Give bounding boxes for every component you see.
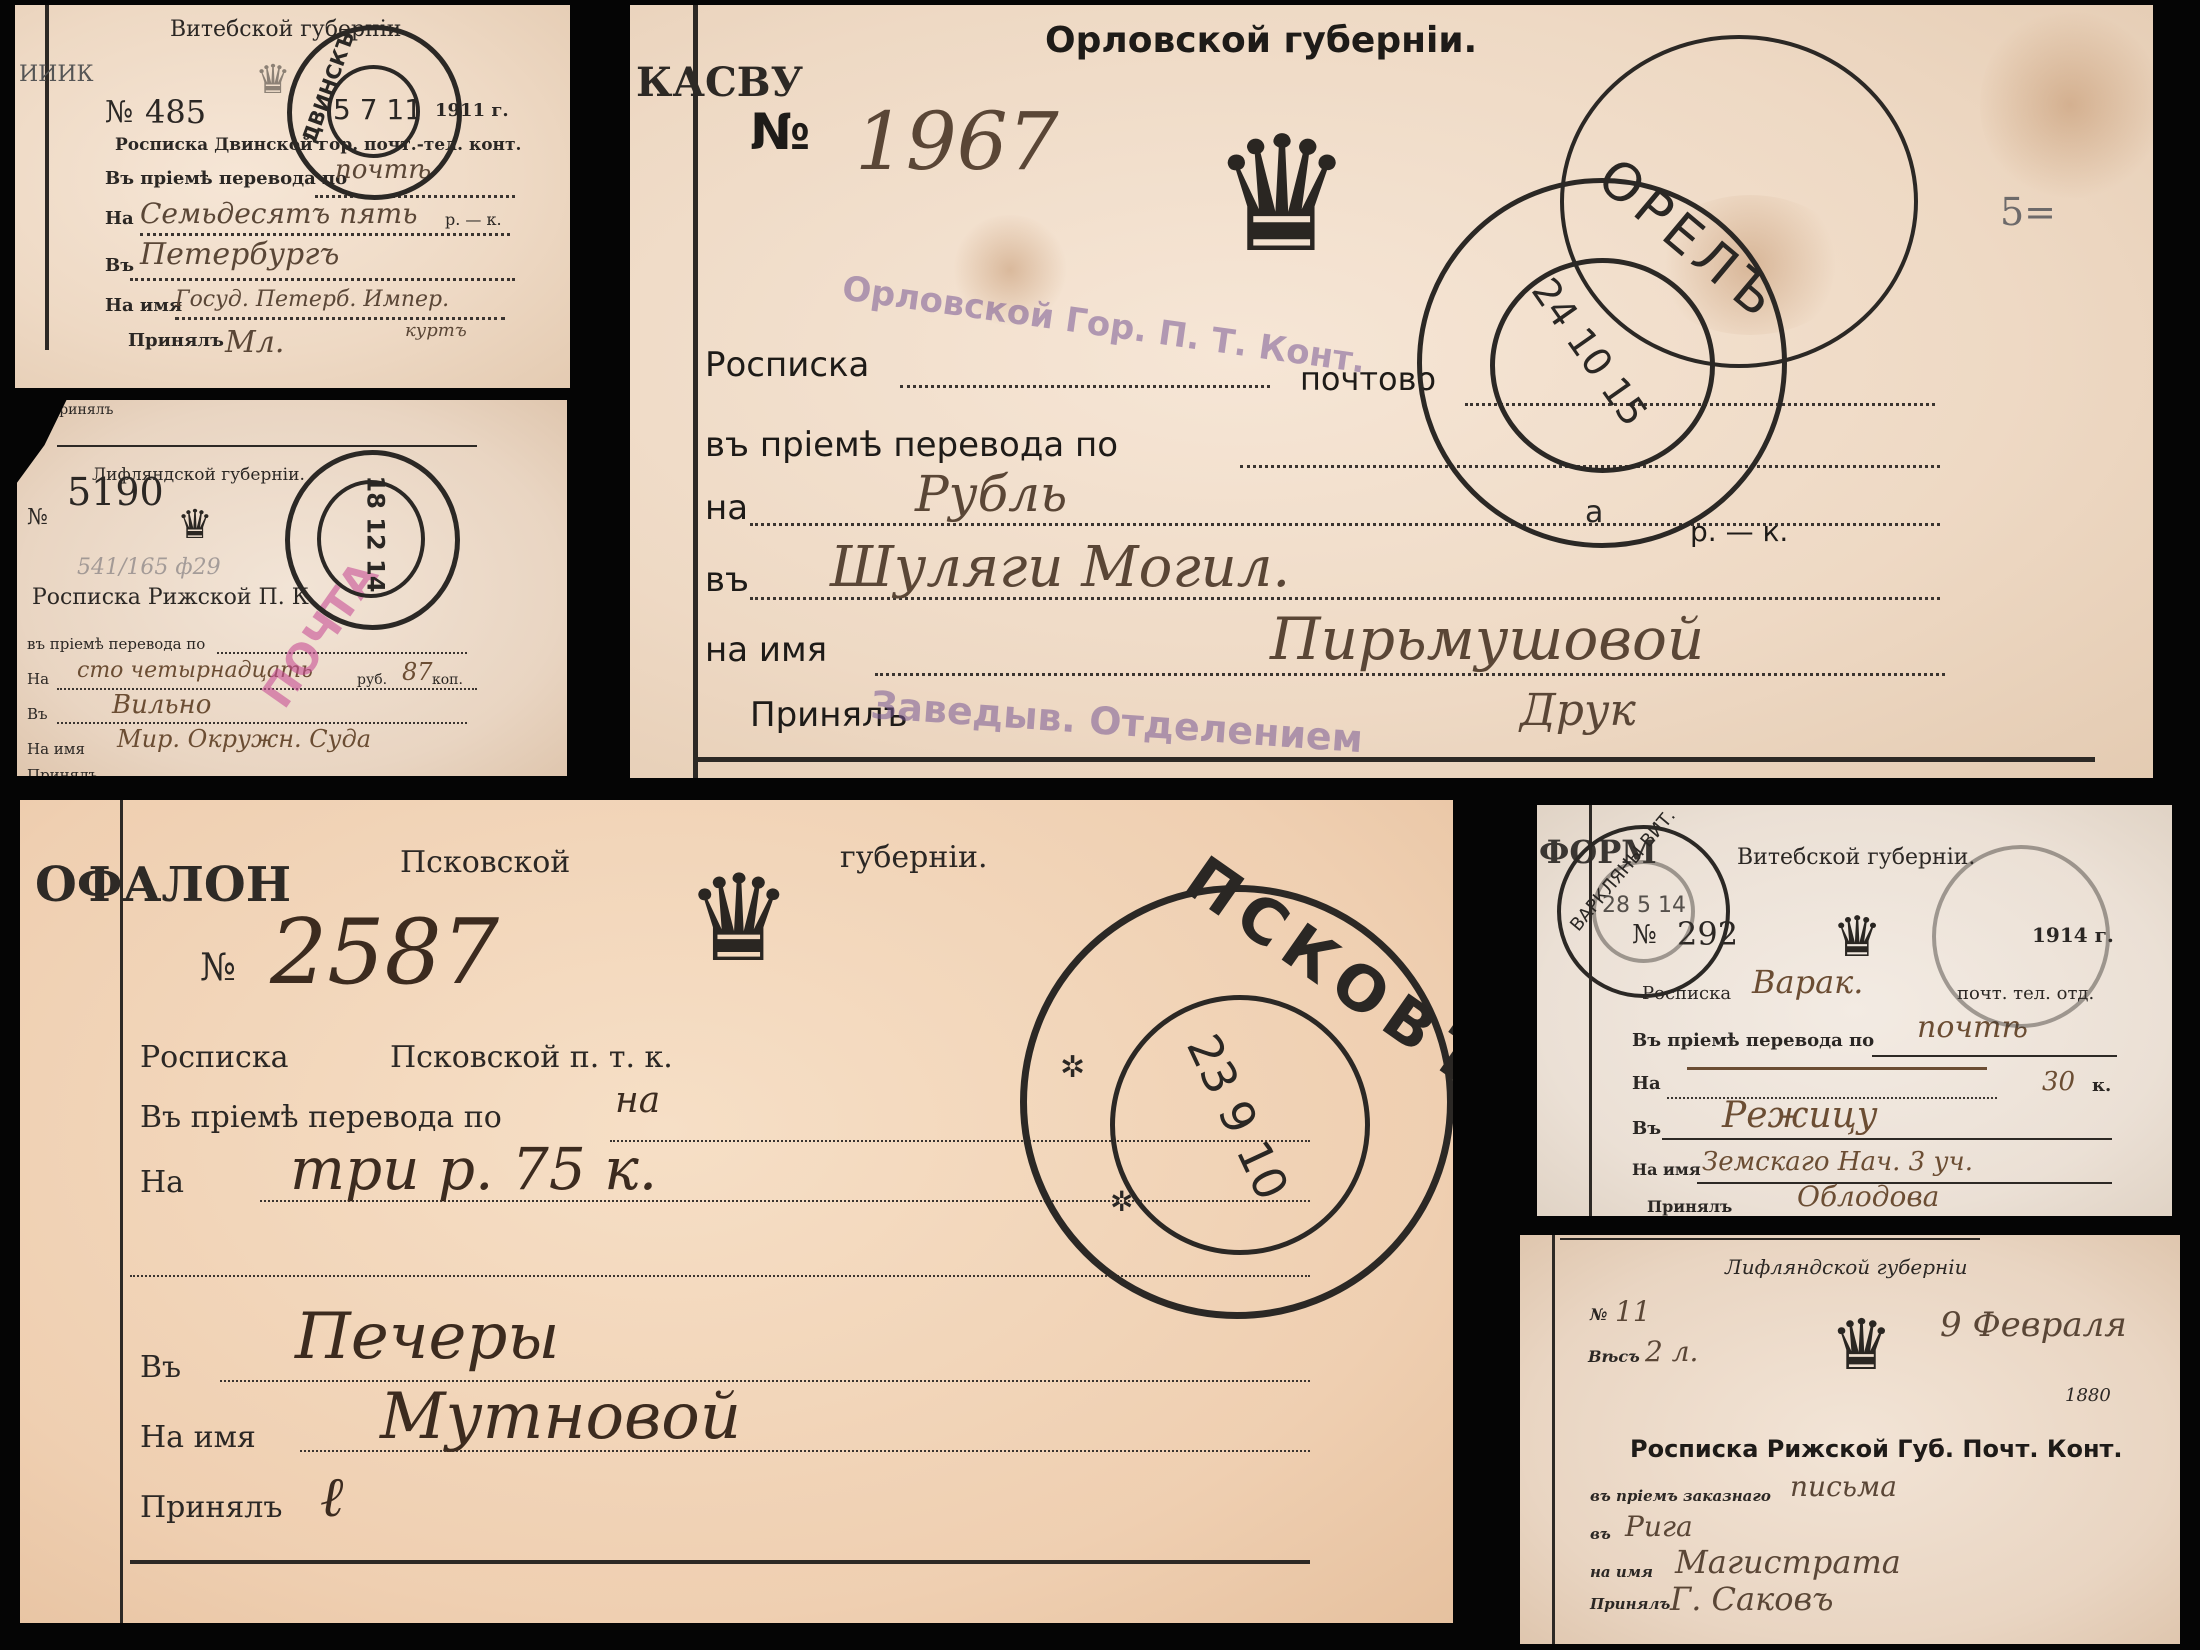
name-value: Пирьмушовой bbox=[1270, 605, 1704, 673]
accepted-signature: ℓ bbox=[320, 1465, 343, 1530]
star-ornament-icon: ✲ bbox=[1110, 1185, 1133, 1218]
postmark-series: а bbox=[1585, 495, 1603, 530]
province-left: Псковской bbox=[400, 845, 570, 880]
name-value: Земскаго Нач. 3 уч. bbox=[1702, 1147, 1973, 1177]
receipt-label: Росписка bbox=[140, 1040, 288, 1075]
accepted-label: Принялъ bbox=[128, 330, 224, 351]
weight-value: 2 л. bbox=[1645, 1335, 1698, 1368]
to-value: Шуляги Могил. bbox=[830, 535, 1290, 600]
to-label: въ bbox=[705, 560, 749, 600]
accepted-label: Принялъ bbox=[140, 1490, 282, 1525]
amount-units: р. — к. bbox=[1690, 515, 1788, 548]
receipt-number: 2587 bbox=[270, 900, 499, 1005]
amount-units: р. — к. bbox=[445, 210, 502, 229]
accepted-label: Принялъ bbox=[27, 766, 98, 776]
date-value: 9 Февраля bbox=[1940, 1305, 2127, 1345]
margin-rule bbox=[1552, 1235, 1555, 1644]
accepted-signature: Облодова bbox=[1797, 1180, 1939, 1213]
receipt-livland-5190: Принялъ Лифляндской губерніи. 5190 № ♛ 5… bbox=[17, 400, 567, 776]
to-value: Вильно bbox=[112, 690, 211, 720]
dotted-line bbox=[875, 673, 1945, 676]
weight-label: Вѣсъ bbox=[1588, 1347, 1640, 1366]
province-title: Витебской губерніи. bbox=[1737, 845, 1975, 870]
number-label: № bbox=[1590, 1305, 1607, 1324]
number-label: № bbox=[200, 945, 236, 989]
amount-label: На bbox=[1632, 1073, 1661, 1094]
postmark-date: 5 7 11 bbox=[333, 93, 422, 126]
eagle-emblem-icon: ♛ bbox=[255, 60, 291, 100]
amount-value: Семьдесятъ пять bbox=[140, 197, 417, 230]
bottom-rule bbox=[695, 757, 2095, 762]
field-rule bbox=[1662, 1138, 2112, 1140]
receipt-label: Росписка bbox=[705, 345, 869, 385]
receipt-office: Псковской п. т. к. bbox=[390, 1040, 673, 1075]
transfer-value: на bbox=[615, 1080, 660, 1121]
stain bbox=[1980, 5, 2153, 205]
strip-letters: КАСВУ bbox=[636, 25, 670, 140]
receipt-vitebsk-292: ФОРМ Витебской губерніи. № 292 ♛ 1914 г.… bbox=[1537, 805, 2172, 1216]
name-value: Мутновой bbox=[380, 1380, 741, 1454]
number-label: № bbox=[750, 103, 810, 161]
receipt-number: 11 bbox=[1615, 1295, 1651, 1328]
pencil-note: 541/165 ф29 bbox=[77, 555, 221, 580]
received-label: въ пріемъ заказнаго bbox=[1590, 1487, 1771, 1505]
name-value: Магистрата bbox=[1675, 1543, 1901, 1581]
purple-stamp-bottom: Заведыв. Отделением bbox=[869, 683, 1364, 761]
receipt-orel-1967: КАСВУ Орловской губерніи. № 1967 ♛ Орлов… bbox=[630, 5, 2153, 778]
amount-value: Рубль bbox=[915, 465, 1067, 523]
name-value: Госуд. Петерб. Импер. bbox=[175, 287, 449, 312]
province-title: Лифляндской губерніи bbox=[1725, 1255, 1967, 1279]
name-value-cont: куртъ bbox=[405, 320, 467, 341]
to-value: Режицу bbox=[1722, 1095, 1878, 1136]
dotted-line bbox=[217, 652, 467, 654]
to-value: Рига bbox=[1625, 1510, 1693, 1543]
transfer-label: въ пріемѣ перевода по bbox=[705, 425, 1118, 465]
accepted-label: Принялъ bbox=[1590, 1595, 1670, 1613]
to-label: Въ bbox=[27, 705, 48, 723]
year-printed: 1911 г. bbox=[435, 100, 509, 121]
receipt-suffix: почтово bbox=[1300, 360, 1436, 398]
margin-note: 5= bbox=[2000, 190, 2056, 234]
received-value: письма bbox=[1790, 1470, 1897, 1503]
to-label: въ bbox=[1590, 1525, 1611, 1543]
transfer-label: въ пріемѣ перевода по bbox=[27, 635, 205, 653]
office-line: Росписка Рижской П. К. bbox=[32, 585, 316, 610]
top-rule bbox=[57, 445, 477, 447]
amount-kop: 30 bbox=[2042, 1067, 2075, 1097]
strip-letters: ОФАЛОН bbox=[35, 820, 85, 950]
margin-rule bbox=[45, 5, 49, 350]
name-label: На имя bbox=[27, 740, 85, 758]
accepted-signature: Г. Саковъ bbox=[1670, 1580, 1833, 1618]
amount-value: три р. 75 к. bbox=[290, 1135, 657, 1203]
amount-label: на bbox=[705, 488, 748, 528]
number-label: № bbox=[27, 505, 48, 530]
province-right: губерніи. bbox=[840, 840, 988, 875]
name-label: На имя bbox=[140, 1420, 256, 1455]
receipt-number: 5190 bbox=[67, 470, 164, 514]
name-label: на имя bbox=[705, 630, 827, 670]
accepted-signature: Мл. bbox=[225, 325, 284, 360]
dotted-line bbox=[900, 385, 1270, 388]
to-label: Въ bbox=[105, 255, 134, 276]
dotted-line bbox=[130, 278, 515, 281]
transfer-label: Въ пріемѣ перевода по bbox=[140, 1100, 502, 1135]
top-rule bbox=[1560, 1238, 1980, 1240]
bottom-rule bbox=[130, 1560, 1310, 1564]
receipt-value: Варак. bbox=[1752, 963, 1863, 1001]
top-fragment-label: Принялъ bbox=[47, 402, 113, 418]
to-label: Въ bbox=[1632, 1118, 1661, 1139]
to-label: Въ bbox=[140, 1350, 181, 1385]
dotted-line bbox=[140, 233, 510, 236]
eagle-emblem-icon: ♛ bbox=[1210, 115, 1353, 275]
amount-label: На bbox=[27, 670, 49, 688]
eagle-emblem-icon: ♛ bbox=[1832, 910, 1882, 966]
star-ornament-icon: ✲ bbox=[1060, 1050, 1085, 1085]
amount-label: На bbox=[140, 1165, 184, 1200]
margin-rule bbox=[120, 800, 123, 1623]
number-label: № bbox=[105, 95, 133, 130]
receipt-number: 485 bbox=[145, 93, 206, 131]
amount-rub-unit: руб. bbox=[357, 672, 387, 688]
name-value: Мир. Окружн. Суда bbox=[117, 725, 371, 753]
to-value: Петербургъ bbox=[140, 237, 339, 272]
receipt-vitebsk-485: ИИИК Витебской губерніи № 485 ♛ Росписка… bbox=[15, 5, 570, 388]
receipt-number: 1967 bbox=[855, 95, 1059, 188]
to-value: Печеры bbox=[295, 1300, 559, 1374]
strip-letters: ИИИК bbox=[19, 45, 39, 105]
postmark-date: 28 5 14 bbox=[1602, 893, 1686, 918]
eagle-emblem-icon: ♛ bbox=[177, 505, 213, 545]
name-label: на имя bbox=[1590, 1563, 1653, 1581]
office-line: Росписка Рижской Губ. Почт. Конт. bbox=[1630, 1435, 2123, 1463]
eagle-emblem-icon: ♛ bbox=[685, 860, 793, 980]
dotted-line bbox=[57, 722, 467, 724]
amount-kop-unit: к. bbox=[2092, 1075, 2111, 1096]
year-printed: 1880 bbox=[2065, 1385, 2111, 1406]
field-rule bbox=[1872, 1055, 2117, 1057]
handwritten-strike bbox=[1687, 1067, 1987, 1070]
accepted-label: Принялъ bbox=[1647, 1197, 1732, 1216]
transfer-label: Въ пріемѣ перевода по bbox=[1632, 1030, 1874, 1051]
province-title: Орловской губерніи. bbox=[1045, 20, 1477, 61]
amount-kop-unit: коп. bbox=[432, 672, 463, 688]
receipt-livland-11: Лифляндской губерніи № 11 Вѣсъ 2 л. ♛ 9 … bbox=[1520, 1235, 2180, 1644]
margin-rule bbox=[693, 5, 698, 778]
name-label: На имя bbox=[105, 295, 182, 316]
postmark-second-faint bbox=[1932, 845, 2110, 1028]
postmark-date: 18 12 14 bbox=[361, 476, 389, 593]
accepted-signature: Друк bbox=[1520, 685, 1636, 736]
amount-kop: 87 bbox=[402, 658, 433, 686]
receipt-pskov-2587: ОФАЛОН Псковской ♛ губерніи. № 2587 Росп… bbox=[20, 800, 1453, 1623]
eagle-emblem-icon: ♛ bbox=[1830, 1310, 1893, 1380]
amount-label: На bbox=[105, 208, 134, 229]
name-label: На имя bbox=[1632, 1160, 1701, 1179]
